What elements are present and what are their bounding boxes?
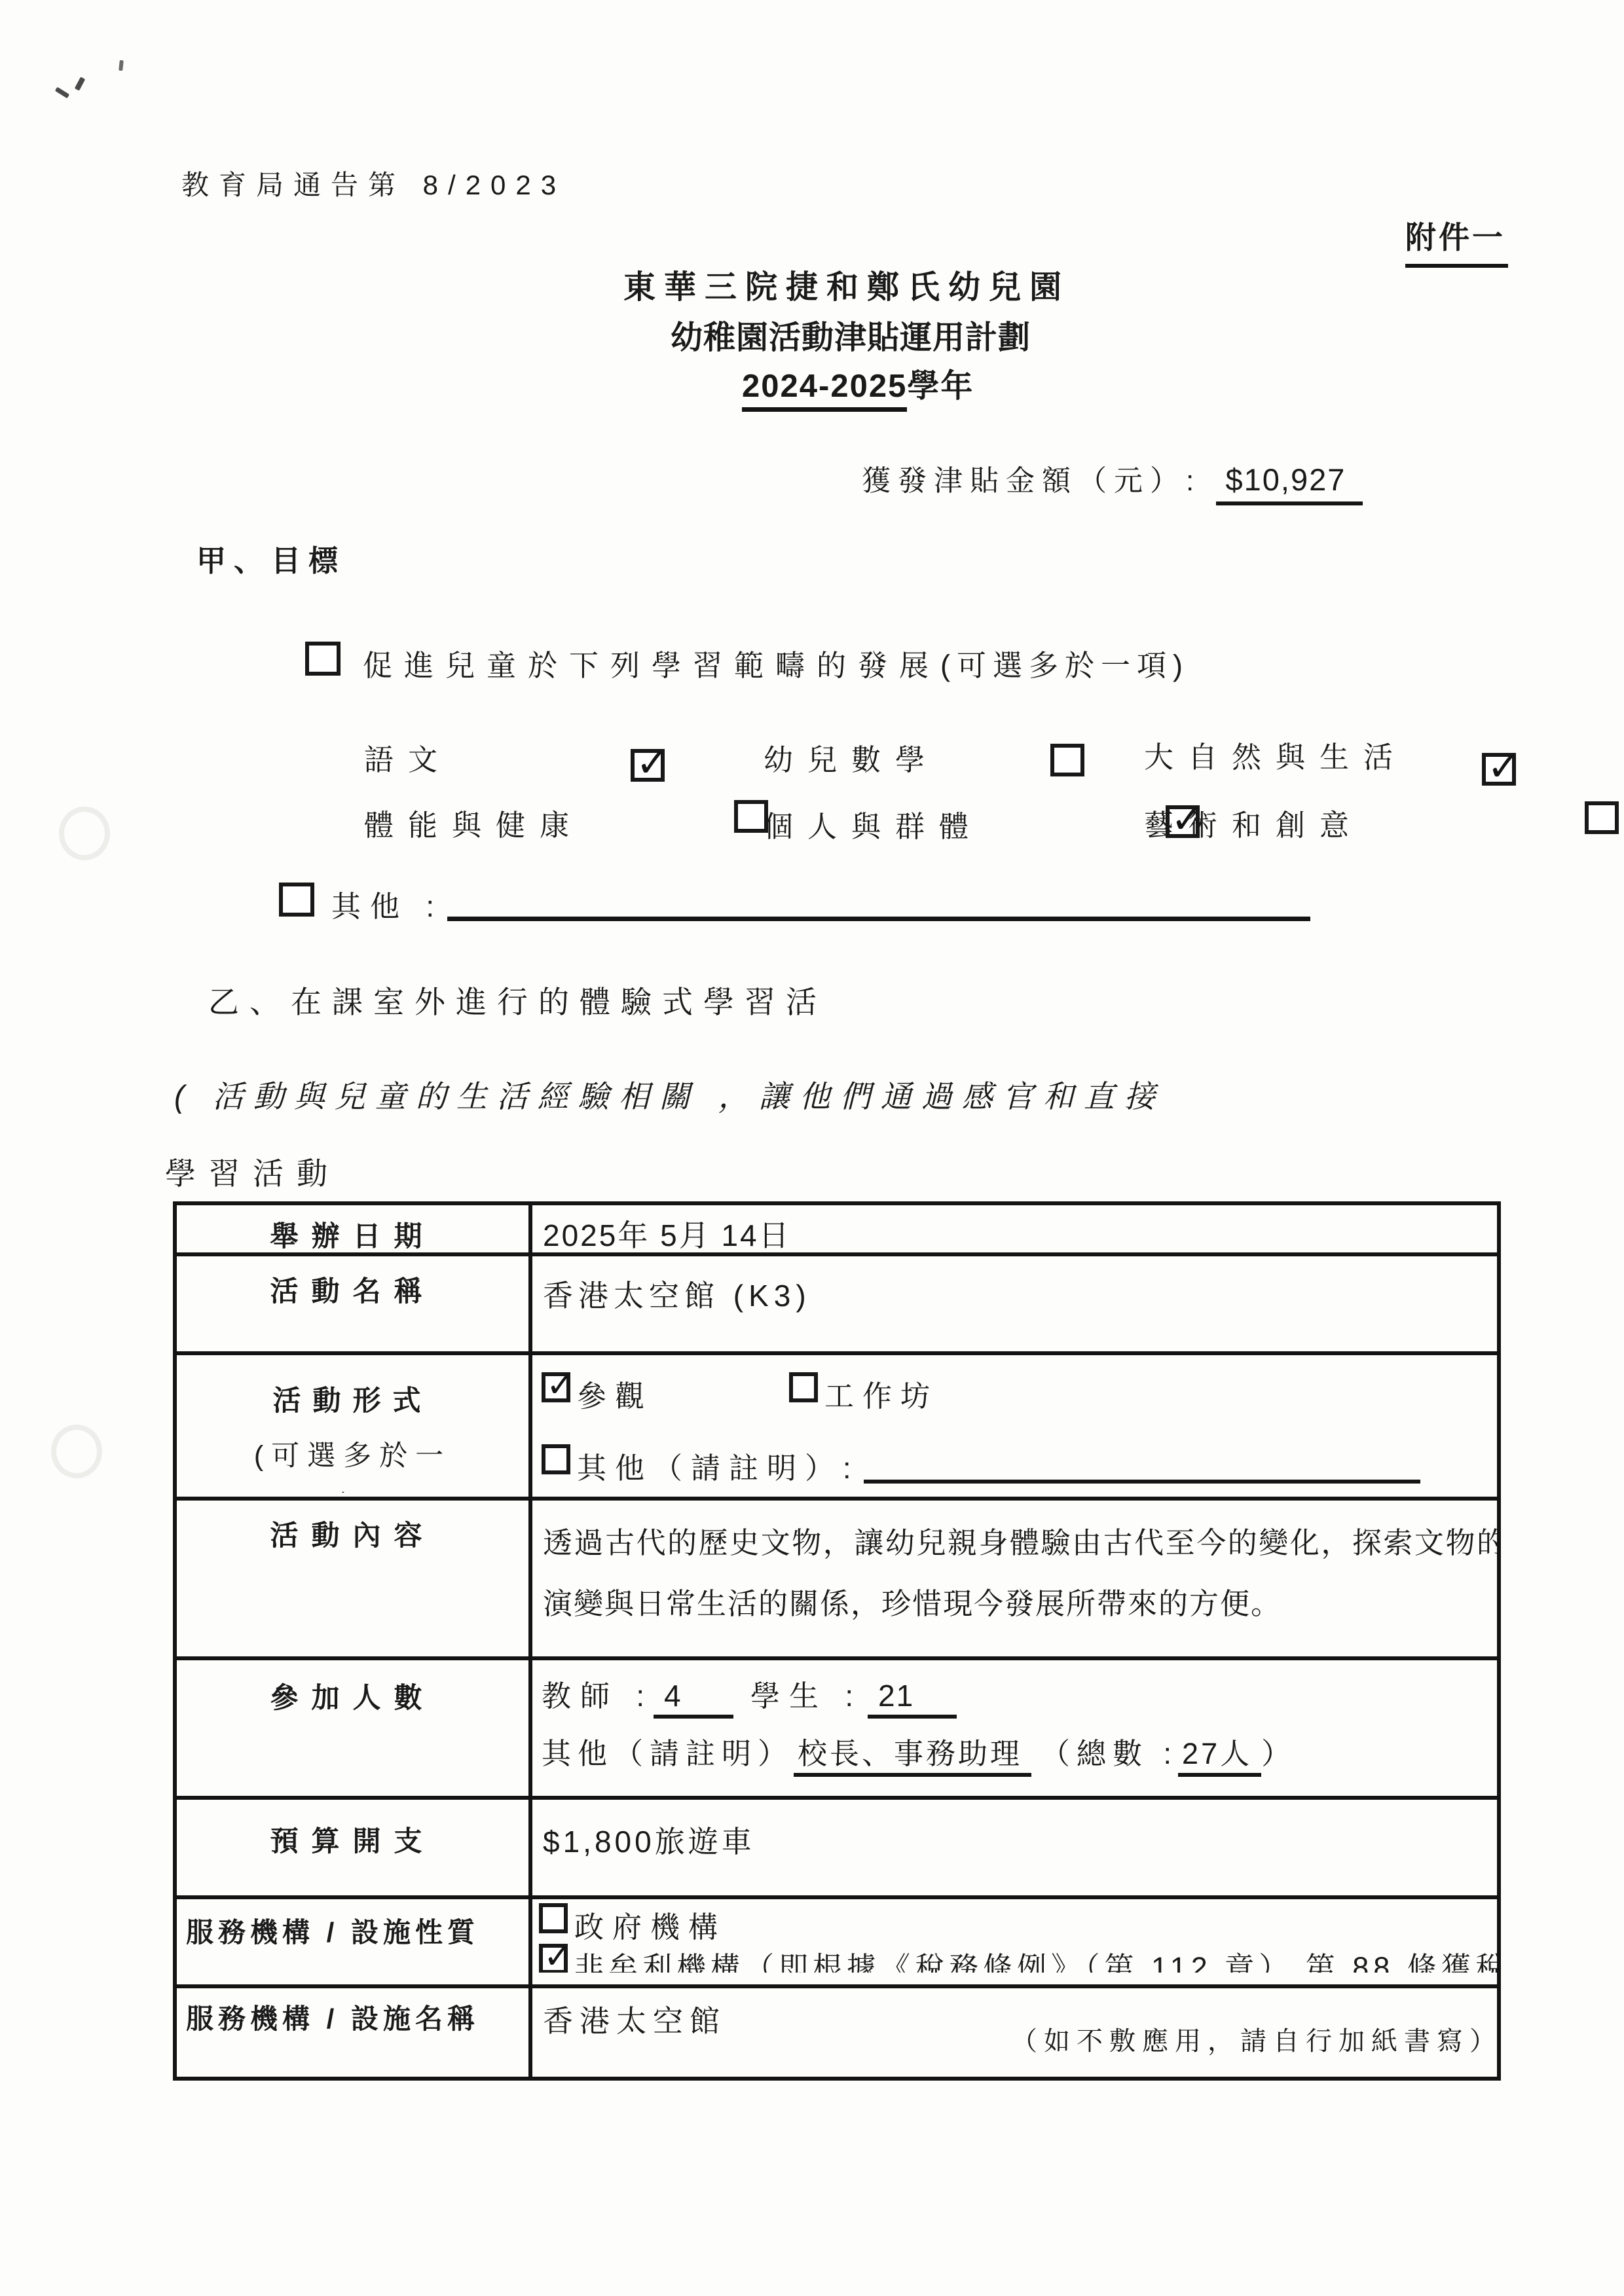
- objective-note: (可選多於一項): [940, 642, 1189, 684]
- school-year-title: 2024-2025學年: [742, 361, 974, 412]
- table-row-activity-name: 活動名稱 香港太空館 (K3): [175, 1254, 1499, 1353]
- grant-amount-line: 獲發津貼金額（元）: $10,927: [862, 457, 1363, 505]
- budget-value[interactable]: $1,800旅遊車: [532, 1800, 1499, 1894]
- table-row-activity-form: 活動形式 (可選多於一 項 ) 參觀 工作坊: [175, 1353, 1499, 1499]
- table-row-participants: 參加人數 教師 :4學生 :21 其他（請註明）校長、事務助理（總數 :27人）: [175, 1658, 1499, 1798]
- org-nature-label: 服務機構 / 設施性質: [177, 1899, 530, 1984]
- school-name-title: 東華三院捷和鄭氏幼兒園: [623, 262, 1070, 308]
- punch-hole: [51, 1425, 102, 1478]
- domain-label-early-math: 幼兒數學: [764, 736, 939, 778]
- participants-line-1: 教師 :4學生 :21: [542, 1672, 957, 1719]
- form-other-option: 其他（請註明）:: [542, 1444, 1420, 1487]
- scan-artifact: [75, 77, 85, 90]
- attachment-label: 附件一: [1405, 213, 1508, 268]
- gov-label: 政府機構: [574, 1903, 726, 1946]
- gov-option: 政府機構: [539, 1903, 726, 1946]
- org-name-label: 服務機構 / 設施名稱: [177, 1988, 530, 2077]
- footer-note: （如不敷應用，請自行加紙書寫）: [1011, 2020, 1502, 2058]
- grant-amount-label: 獲發津貼金額（元）:: [862, 465, 1201, 497]
- participants-cell: 教師 :4學生 :21 其他（請註明）校長、事務助理（總數 :27人）: [532, 1660, 1497, 1780]
- section-b-note-italic: ( 活動與兒童的生活經驗相關 ，讓他們通過感官和直接: [174, 1072, 1165, 1116]
- plan-title: 幼稚園活動津貼運用計劃: [671, 312, 1031, 358]
- table-row-budget: 預算開支 $1,800旅遊車: [175, 1798, 1499, 1897]
- teacher-label: 教師 :: [542, 1679, 654, 1713]
- other-label: 其他 :: [331, 883, 443, 925]
- student-count[interactable]: 21: [868, 1678, 957, 1719]
- table-row-date: 舉辦日期 2025年 5月 14日: [175, 1203, 1499, 1254]
- activity-content-label: 活動內容: [177, 1501, 528, 1656]
- workshop-label: 工作坊: [824, 1372, 938, 1415]
- workshop-checkbox[interactable]: [789, 1372, 818, 1402]
- participants-line-2: 其他（請註明）校長、事務助理（總數 :27人）: [542, 1730, 1297, 1772]
- domain-label-nature-living: 大自然與生活: [1144, 733, 1407, 776]
- total-close: ）: [1261, 1737, 1297, 1770]
- activity-form-label-cell: 活動形式 (可選多於一 項 ): [177, 1355, 528, 1493]
- total-label: （總數 :: [1041, 1737, 1178, 1770]
- form-other-label: 其他（請註明）:: [577, 1444, 860, 1487]
- notice-number: 教育局通告第 8/2023: [181, 164, 566, 203]
- date-label: 舉辦日期: [177, 1205, 528, 1252]
- domain-checkbox-arts-creativity[interactable]: [1585, 801, 1619, 834]
- scan-artifact: [55, 87, 69, 99]
- activity-form-label-note-clipped: 項 ): [177, 1484, 528, 1493]
- objective-label: 促進兒童於下列學習範疇的發展: [363, 642, 940, 684]
- other-checkbox[interactable]: [279, 883, 314, 917]
- domain-checkbox-nature-living[interactable]: [1482, 753, 1516, 786]
- activity-form-label: 活動形式: [177, 1379, 528, 1419]
- section-a-heading: 甲、目標: [196, 537, 346, 579]
- section-b-heading: 乙、在課室外進行的體驗式學習活: [208, 978, 827, 1022]
- other-blank-line[interactable]: [447, 883, 1310, 921]
- domain-label-physical-health: 體能與健康: [364, 801, 583, 844]
- activity-name-label: 活動名稱: [177, 1256, 528, 1349]
- total-value[interactable]: 27人: [1178, 1737, 1261, 1777]
- activity-form-options-cell: 參觀 工作坊 其他（請註明）:: [532, 1355, 1497, 1493]
- ngo-option: 非牟利機構（即根據《稅務條例》（第 112 章） 第 88 條獲稅務: [539, 1944, 1497, 1973]
- grant-amount-value[interactable]: $10,927: [1216, 462, 1363, 505]
- activity-table: 舉辦日期 2025年 5月 14日 活動名稱 香港太空館 (K3) 活動形式 (…: [173, 1201, 1501, 2081]
- participants-other-value[interactable]: 校長、事務助理: [794, 1737, 1031, 1777]
- table-row-org-nature: 服務機構 / 設施性質 政府機構 非牟利機構（即根據《稅務條例》（第 112 章…: [175, 1897, 1499, 1986]
- activity-content-value[interactable]: 透過古代的歷史文物，讓幼兒親身體驗由古代至今的變化，探索文物的演變與日常生活的關…: [532, 1501, 1499, 1655]
- domain-checkbox-language[interactable]: [631, 749, 665, 782]
- section-a-other-row: 其他 :: [279, 883, 1310, 925]
- participants-other-label: 其他（請註明）: [542, 1737, 794, 1770]
- date-value[interactable]: 2025年 5月 14日: [532, 1205, 1499, 1250]
- participants-label: 參加人數: [177, 1660, 528, 1796]
- form-other-blank-line[interactable]: [864, 1444, 1420, 1484]
- domain-label-language: 語文: [364, 736, 452, 778]
- gov-checkbox[interactable]: [539, 1903, 568, 1933]
- student-label: 學生 :: [750, 1679, 862, 1713]
- school-year-suffix: 學年: [907, 369, 974, 404]
- activity-name-value[interactable]: 香港太空館 (K3): [532, 1256, 1499, 1351]
- punch-hole: [59, 807, 110, 860]
- teacher-count[interactable]: 4: [654, 1678, 733, 1719]
- budget-label: 預算開支: [177, 1800, 528, 1895]
- ngo-label: 非牟利機構（即根據《稅務條例》（第 112 章） 第 88 條獲稅務: [574, 1944, 1497, 1973]
- table-row-activity-content: 活動內容 透過古代的歷史文物，讓幼兒親身體驗由古代至今的變化，探索文物的演變與日…: [175, 1499, 1499, 1658]
- domain-label-arts-creativity: 藝術和創意: [1144, 801, 1363, 844]
- section-b-note-line2: 學習活動: [165, 1150, 341, 1194]
- visit-label: 參觀: [577, 1372, 653, 1415]
- ngo-checkbox[interactable]: [539, 1944, 568, 1973]
- scanned-form-page: 教育局通告第 8/2023 附件一 東華三院捷和鄭氏幼兒園 幼稚園活動津貼運用計…: [0, 0, 1624, 2296]
- objective-checkbox[interactable]: [305, 642, 341, 676]
- visit-option: 參觀: [542, 1372, 653, 1415]
- form-other-checkbox[interactable]: [542, 1444, 570, 1474]
- school-year-value: 2024-2025: [742, 368, 907, 412]
- domain-label-self-society: 個人與群體: [764, 803, 983, 845]
- visit-checkbox[interactable]: [542, 1372, 570, 1402]
- domain-checkbox-early-math[interactable]: [1050, 744, 1084, 776]
- activity-form-label-note: (可選多於一: [177, 1434, 528, 1474]
- org-nature-cell: 政府機構 非牟利機構（即根據《稅務條例》（第 112 章） 第 88 條獲稅務: [532, 1899, 1497, 1973]
- scan-artifact: [119, 60, 124, 71]
- workshop-option: 工作坊: [789, 1372, 938, 1415]
- objective-row: 促進兒童於下列學習範疇的發展 (可選多於一項): [305, 642, 1189, 684]
